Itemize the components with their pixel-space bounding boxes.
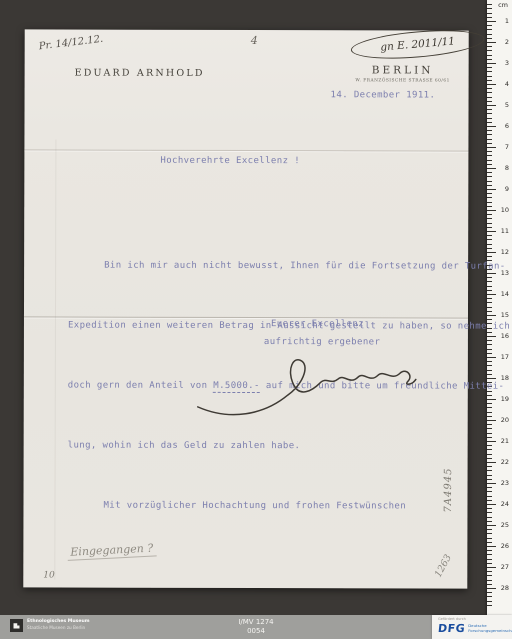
ruler-cm-label: 7 [505,143,509,151]
ruler-minor-tick [487,559,492,560]
ruler-cm-label: 1 [505,17,509,25]
ruler-minor-tick [487,76,492,77]
ruler-minor-tick [487,454,492,455]
ruler-minor-tick [487,580,492,581]
ruler-minor-tick [487,395,492,396]
fold-crease-top [24,149,468,151]
ruler-major-tick [487,336,496,337]
ruler-major-tick [487,189,496,190]
letterhead-address: W. FRANZÖSISCHE STRASSE 60/61 [343,78,463,83]
handwritten-note-bottom-left: Eingegangen ? [67,541,157,560]
ruler-major-tick [487,441,496,442]
ruler-major-tick [487,504,496,505]
letterhead-sender: EDUARD ARNHOLD [75,68,205,79]
dfg-pretext: Gefördert durch [438,617,466,621]
ruler-major-tick [487,84,496,85]
letterhead-right: BERLIN W. FRANZÖSISCHE STRASSE 60/61 [343,64,463,83]
ruler-cm-label: 24 [501,500,509,508]
handwritten-corner-number: 1263 [433,553,454,580]
ruler-minor-tick [487,38,492,39]
ruler-cm-label: 28 [501,584,509,592]
ruler-cm-label: 2 [505,38,509,46]
ruler-minor-tick [487,34,492,35]
ruler-minor-tick [487,13,492,14]
ruler-minor-tick [487,4,492,5]
ruler-minor-tick [487,193,492,194]
dfg-logo: DFG Deutsche Forschungsgemeinschaft [438,622,512,635]
ruler-minor-tick [487,164,492,165]
ruler-minor-tick [487,59,492,60]
ruler-major-tick [487,357,496,358]
ruler-minor-tick [487,424,492,425]
ruler-major-tick [487,546,496,547]
ruler-major-tick [487,483,496,484]
ruler-minor-tick [487,550,492,551]
ruler-cm-label: 9 [505,185,509,193]
ruler-major-tick [487,294,496,295]
ruler-minor-tick [487,487,492,488]
ruler-minor-tick [487,445,492,446]
ruler-cm-label: 14 [501,290,509,298]
ruler-major-tick [487,567,496,568]
ruler-minor-tick [487,172,492,173]
ruler-cm-label: 15 [501,311,509,319]
ruler-minor-tick [487,542,492,543]
ruler-minor-tick [487,416,492,417]
handwritten-inventory-vertical: 7A4945 [443,445,454,535]
ruler-minor-tick [487,307,492,308]
ruler-minor-tick [487,601,492,602]
ruler-minor-tick [487,248,492,249]
registry-stamp-circled: gn E. 2011/11 [350,26,486,63]
ruler-minor-tick [487,596,492,597]
ruler-cm-label: 16 [501,332,509,340]
ruler-major-tick [487,252,496,253]
ruler-major-tick [487,231,496,232]
ruler-minor-tick [487,311,492,312]
ruler-major-tick [487,420,496,421]
ruler-cm-label: 11 [501,227,509,235]
body-line-1: Bin ich mir auch nicht bewusst, Ihnen fü… [68,256,464,277]
ruler-minor-tick [487,437,492,438]
ruler-minor-tick [487,517,492,518]
valediction-line-1: Euerer Excellenz [271,319,364,329]
ruler-minor-tick [487,55,492,56]
ruler-cm-label: 12 [501,248,509,256]
ruler-major-tick [487,525,496,526]
ruler-cm-label: 27 [501,563,509,571]
ruler-minor-tick [487,143,492,144]
ruler-unit-label: cm [498,1,508,9]
ruler-minor-tick [487,466,492,467]
ruler-major-tick [487,210,496,211]
ruler-minor-tick [487,80,492,81]
ruler-cm-label: 19 [501,395,509,403]
handwritten-number-bottom-left: 10 [43,570,54,580]
ruler-minor-tick [487,349,492,350]
dfg-acronym: DFG [437,622,466,635]
ruler-major-tick [487,378,496,379]
closing-line: Mit vorzüglicher Hochachtung und frohen … [67,496,463,517]
ruler-major-tick [487,315,496,316]
ruler-minor-tick [487,50,492,51]
ruler-minor-tick [487,332,492,333]
ruler-minor-tick [487,563,492,564]
ruler-minor-tick [487,29,492,30]
ruler-minor-tick [487,286,492,287]
handwritten-note-top-left: Pr. 14/12.12. [38,34,104,53]
ruler-minor-tick [487,298,492,299]
ruler-minor-tick [487,412,492,413]
ruler-major-tick [487,399,496,400]
ruler-minor-tick [487,403,492,404]
ruler-minor-tick [487,592,492,593]
ruler-minor-tick [487,101,492,102]
ruler-cm-label: 5 [505,101,509,109]
ruler-minor-tick [487,181,492,182]
ruler-minor-tick [487,160,492,161]
ruler-minor-tick [487,88,492,89]
ruler-minor-tick [487,239,492,240]
ruler-cm-label: 20 [501,416,509,424]
letter-date: 14. December 1911. [331,90,436,100]
ruler-cm-label: 23 [501,479,509,487]
ruler-major-tick [487,63,496,64]
ruler-minor-tick [487,458,492,459]
ruler-minor-tick [487,197,492,198]
body-line-4: lung, wohin ich das Geld zu zahlen habe. [68,436,464,457]
ruler-minor-tick [487,97,492,98]
ruler-minor-tick [487,25,492,26]
ruler-minor-tick [487,277,492,278]
footer-bar: Ethnologisches Museum Staatliche Museen … [0,615,512,639]
ruler-minor-tick [487,470,492,471]
ruler-cm-label: 8 [505,164,509,172]
ruler-minor-tick [487,491,492,492]
ruler-minor-tick [487,46,492,47]
ruler-cm-label: 3 [505,59,509,67]
salutation: Hochverehrte Excellenz ! [160,156,300,166]
ruler-minor-tick [487,407,492,408]
ruler-minor-tick [487,302,492,303]
ruler-minor-tick [487,244,492,245]
ruler-minor-tick [487,584,492,585]
ruler-minor-tick [487,235,492,236]
handwritten-page-number: 4 [251,34,258,47]
ruler-minor-tick [487,155,492,156]
body-line-2: Expedition einen weiteren Betrag in Auss… [68,316,464,337]
ruler-major-tick [487,105,496,106]
ruler-minor-tick [487,290,492,291]
ruler-minor-tick [487,227,492,228]
ruler-minor-tick [487,365,492,366]
ruler-major-tick [487,42,496,43]
ruler-minor-tick [487,176,492,177]
ruler-cm-label: 6 [505,122,509,130]
ruler-minor-tick [487,134,492,135]
ruler-major-tick [487,462,496,463]
ruler-minor-tick [487,319,492,320]
ruler-minor-tick [487,71,492,72]
ruler-cm-label: 4 [505,80,509,88]
ruler-major-tick [487,21,496,22]
ruler-cm-label: 17 [501,353,509,361]
ruler-minor-tick [487,533,492,534]
ruler-minor-tick [487,500,492,501]
ruler-minor-tick [487,512,492,513]
ruler-minor-tick [487,521,492,522]
ruler-cm-label: 22 [501,458,509,466]
ruler-minor-tick [487,67,492,68]
ruler-minor-tick [487,538,492,539]
ruler-minor-tick [487,575,492,576]
ruler-minor-tick [487,554,492,555]
ruler-minor-tick [487,17,492,18]
ruler-minor-tick [487,214,492,215]
letterhead-city: BERLIN [343,64,463,76]
ruler-minor-tick [487,428,492,429]
signature [190,345,440,426]
ruler-minor-tick [487,449,492,450]
ruler-minor-tick [487,113,492,114]
ruler-minor-tick [487,122,492,123]
ruler-minor-tick [487,185,492,186]
dfg-name: Deutsche Forschungsgemeinschaft [468,624,512,633]
ruler-minor-tick [487,571,492,572]
ruler-minor-tick [487,433,492,434]
ruler-minor-tick [487,8,492,9]
ruler-minor-tick [487,206,492,207]
ruler-cm-label: 10 [501,206,509,214]
ruler-major-tick [487,126,496,127]
ruler-minor-tick [487,218,492,219]
letter-scan: Pr. 14/12.12. 4 gn E. 2011/11 EDUARD ARN… [23,29,468,588]
ruler-minor-tick [487,374,492,375]
ruler-minor-tick [487,281,492,282]
ruler-minor-tick [487,340,492,341]
ruler-minor-tick [487,109,492,110]
ruler-minor-tick [487,223,492,224]
ruler-minor-tick [487,130,492,131]
ruler-cm-label: 25 [501,521,509,529]
ruler: cm 1234567891011121314151617181920212223… [487,0,512,615]
ruler-minor-tick [487,496,492,497]
fold-crease-vertical [54,140,56,580]
dfg-name-line-2: Forschungsgemeinschaft [468,629,512,634]
ruler-minor-tick [487,479,492,480]
ruler-minor-tick [487,92,492,93]
ruler-minor-tick [487,475,492,476]
ruler-minor-tick [487,118,492,119]
scan-viewer: cm 1234567891011121314151617181920212223… [0,0,512,639]
ruler-minor-tick [487,151,492,152]
ruler-minor-tick [487,202,492,203]
ruler-minor-tick [487,529,492,530]
dfg-funding-block: Gefördert durch DFG Deutsche Forschungsg… [432,615,512,639]
ruler-minor-tick [487,344,492,345]
ruler-major-tick [487,588,496,589]
ruler-major-tick [487,147,496,148]
ruler-minor-tick [487,605,492,606]
ruler-major-tick [487,168,496,169]
ruler-minor-tick [487,508,492,509]
ruler-minor-tick [487,353,492,354]
ruler-minor-tick [487,370,492,371]
ruler-cm-label: 26 [501,542,509,550]
ruler-minor-tick [487,139,492,140]
ruler-cm-label: 21 [501,437,509,445]
ruler-minor-tick [487,361,492,362]
